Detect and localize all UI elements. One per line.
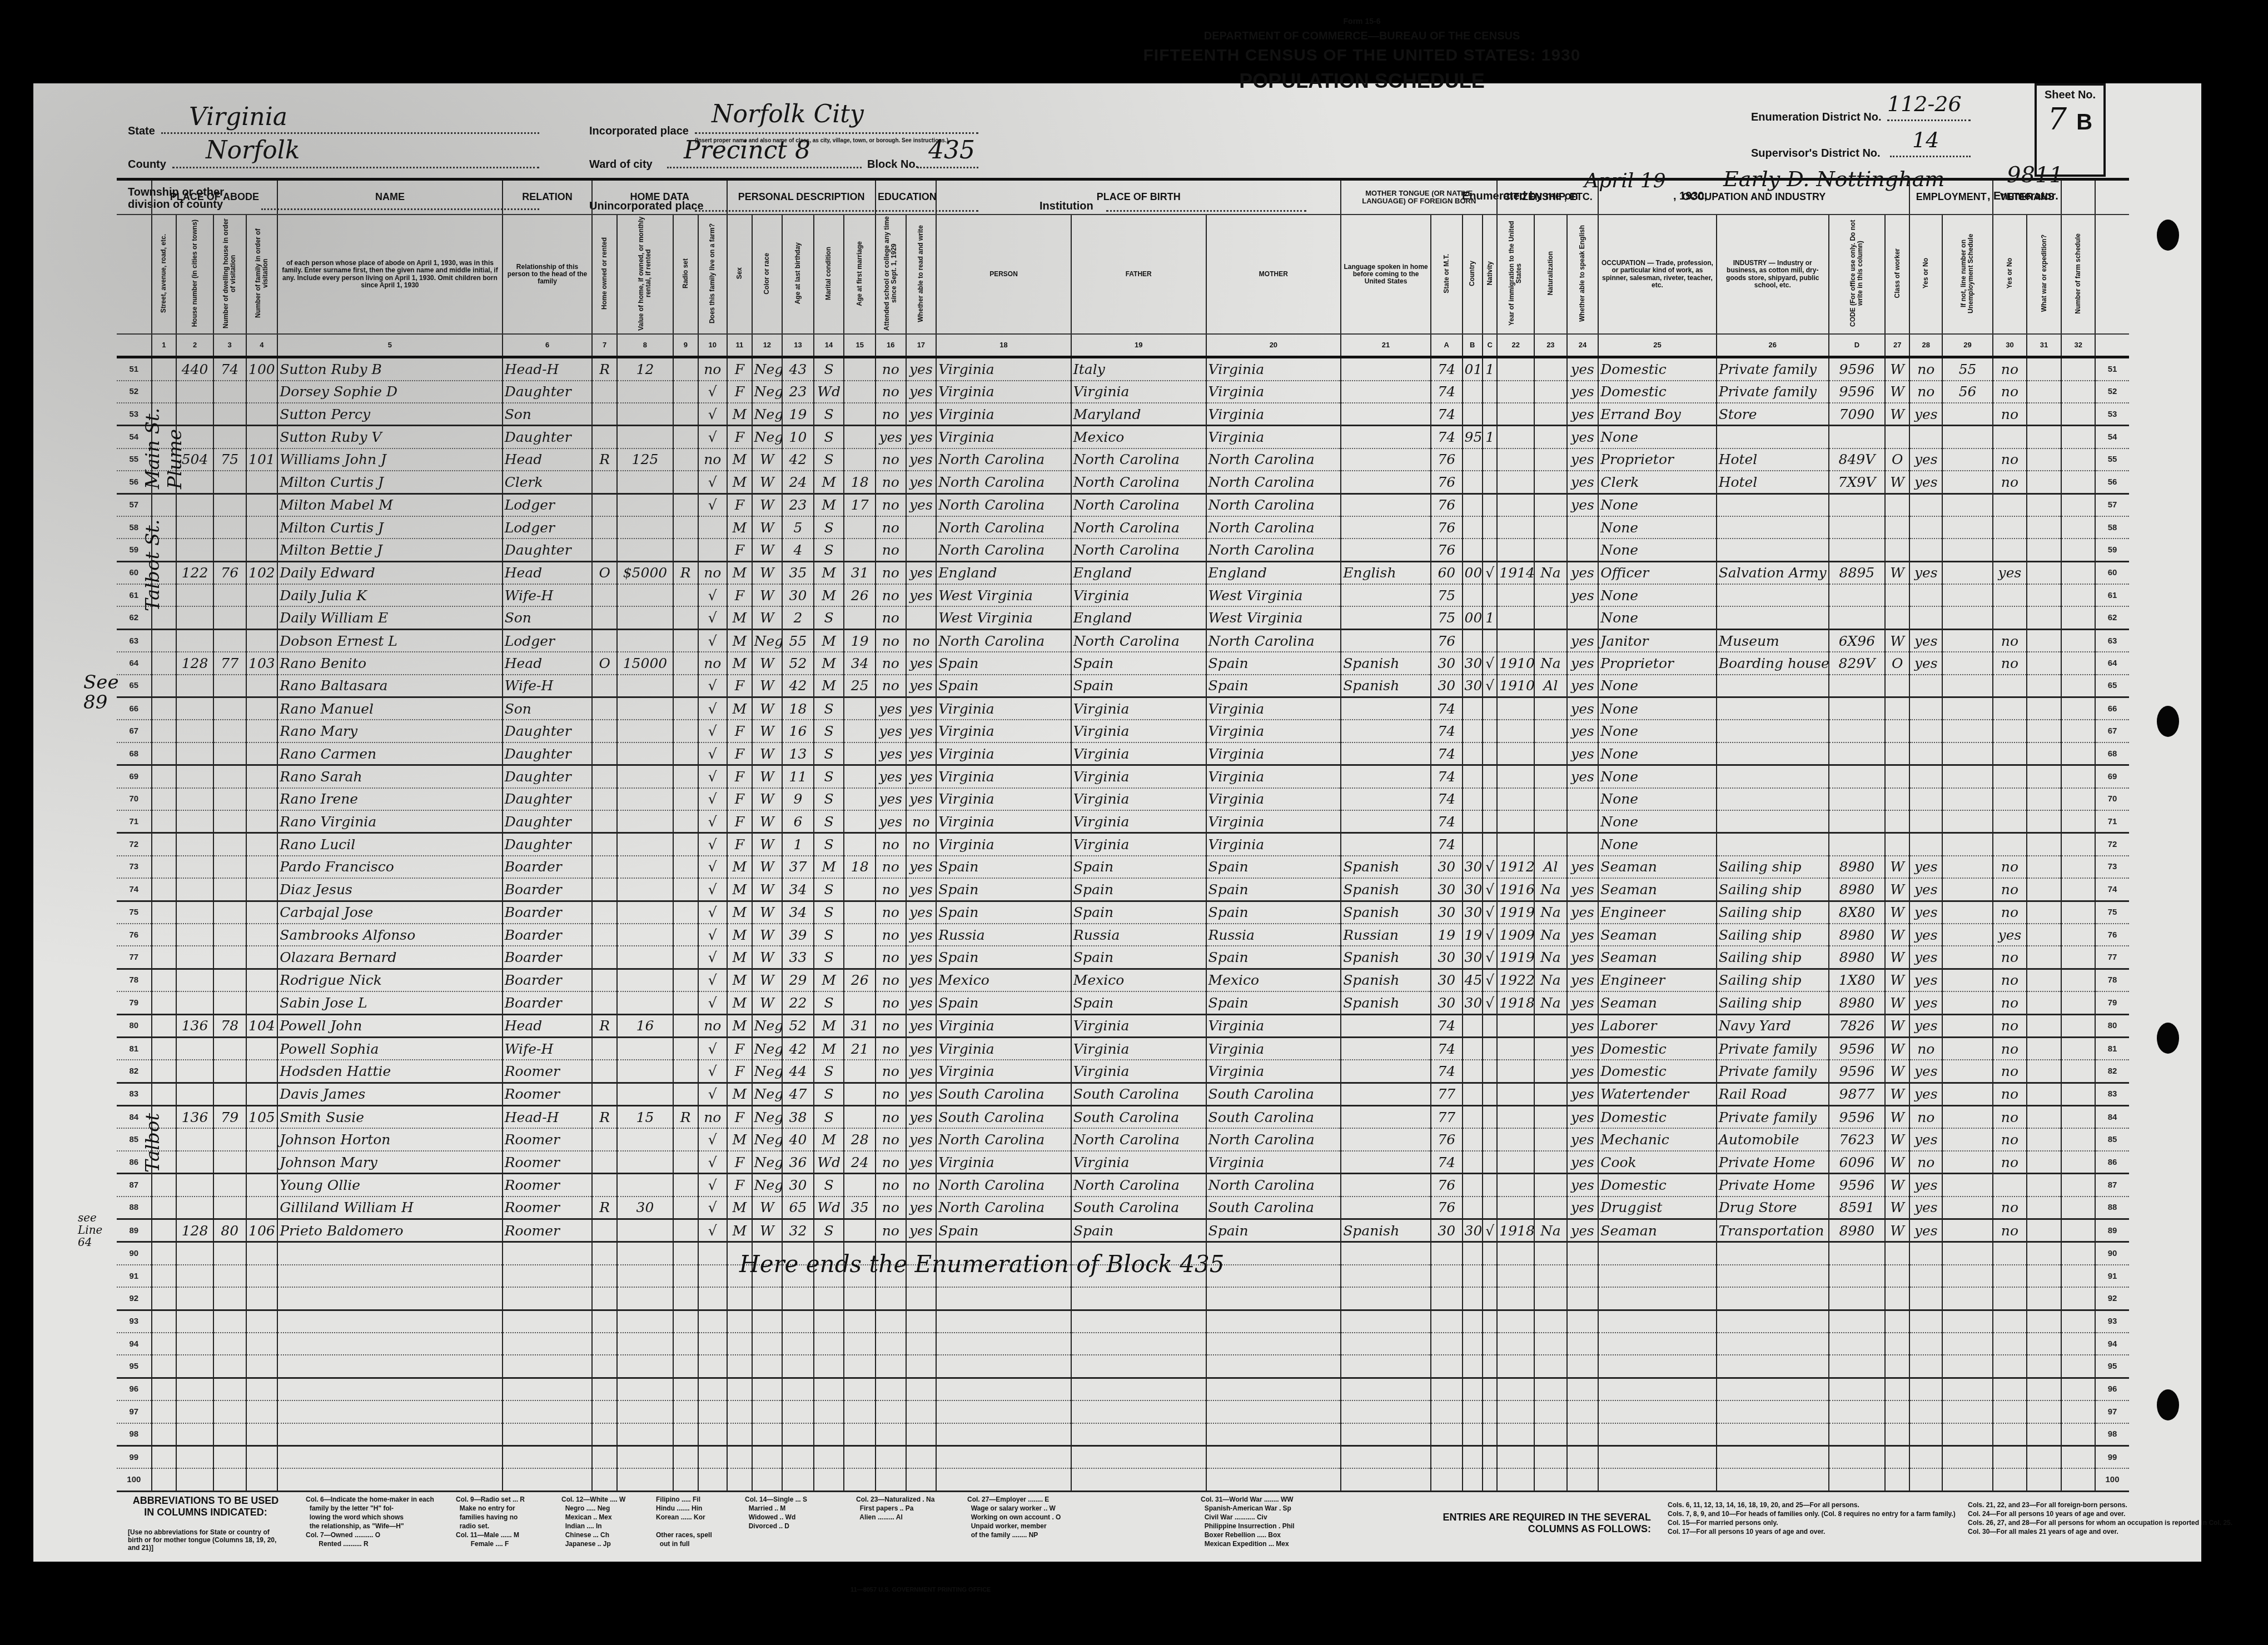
table-row: 77Olazara BernardBoarder√MW33SnoyesSpain…: [117, 946, 2129, 969]
table-row: 54Sutton Ruby VDaughter√FNeg10SyesyesVir…: [117, 426, 2129, 448]
cell-immig: [1497, 1197, 1534, 1219]
cell-dwelling: [213, 742, 246, 765]
column-header-25: OCCUPATION — Trade, profession, or parti…: [1598, 215, 1716, 334]
cell-farm: no: [698, 448, 728, 471]
cell-father: England: [1071, 606, 1206, 629]
line-number: 65: [117, 675, 152, 697]
group-personal: PERSONAL DESCRIPTION: [727, 180, 876, 215]
cell-age-marr: 34: [844, 652, 876, 674]
cell-mother: Mexico: [1206, 969, 1341, 991]
column-header-label: INDUSTRY — Industry or business, as cott…: [1726, 259, 1819, 289]
cell-dwelling: 78: [213, 1014, 246, 1037]
column-number: 28: [1909, 334, 1942, 357]
cell-farm: √: [698, 1197, 728, 1219]
cell-name: Williams John J: [277, 448, 502, 471]
cell-english: yes: [1567, 381, 1599, 403]
cell-farm: √: [698, 765, 728, 788]
column-number: 20: [1206, 334, 1341, 357]
cell-marital: S: [814, 742, 844, 765]
cell-vet: no: [1993, 1083, 2027, 1105]
cell-dwelling: [213, 471, 246, 493]
cell-birth: Spain: [936, 675, 1071, 697]
cell-age-marr: [844, 403, 876, 426]
cell-value: [617, 1083, 673, 1105]
cell-age: 55: [782, 629, 814, 652]
cell-immig: 1918: [1497, 991, 1534, 1014]
cell-vet: yes: [1993, 924, 2027, 946]
cell-work: [1909, 1423, 1942, 1446]
cell-lang: Russian: [1341, 924, 1431, 946]
cell-name: [277, 1445, 502, 1468]
table-row: 86Johnson MaryRoomer√FNeg36Wd24noyesVirg…: [117, 1151, 2129, 1174]
cell-street: [152, 1174, 176, 1197]
cell-birth: South Carolina: [936, 1106, 1071, 1129]
cell-work: [1909, 606, 1942, 629]
cell-farm-sched: [2061, 448, 2095, 471]
cell-lang: [1341, 381, 1431, 403]
cell-family: [246, 901, 278, 924]
cell-sex: M: [727, 403, 752, 426]
punch-hole: [2157, 1389, 2179, 1420]
column-number: 11: [727, 334, 752, 357]
line-number: 68: [117, 742, 152, 765]
cell-radio: [673, 969, 698, 991]
cell-class: [1885, 833, 1909, 856]
cell-vet: [1993, 742, 2027, 765]
cell-relation: Daughter: [503, 720, 593, 742]
cell-dwelling: [213, 629, 246, 652]
cell-industry: [1717, 697, 1829, 720]
cell-name: [277, 1423, 502, 1446]
cell-race: [752, 1310, 783, 1333]
cell-immig: [1497, 1106, 1534, 1129]
line-number: 95: [2095, 1355, 2129, 1378]
cell-farm: no: [698, 1014, 728, 1037]
cell-industry: [1717, 1242, 1829, 1265]
table-row: 9393: [117, 1310, 2129, 1333]
cell-marital: M: [814, 856, 844, 878]
cell-farm-sched: [2061, 471, 2095, 493]
line-number: 71: [2095, 810, 2129, 833]
cell-race: W: [752, 969, 783, 991]
cell-mother: Virginia: [1206, 697, 1341, 720]
cell-house: [176, 1060, 213, 1083]
cell-occupation: Engineer: [1598, 969, 1716, 991]
cell-farm-sched: [2061, 584, 2095, 606]
cell-family: [246, 1310, 278, 1333]
cell-relation: Roomer: [503, 1060, 593, 1083]
cell-unemp: [1942, 1400, 1993, 1423]
cell-read: [906, 1355, 937, 1378]
cell-vet: [1993, 539, 2027, 561]
cell-code: 8980: [1829, 878, 1885, 901]
line-number: 90: [2095, 1242, 2129, 1265]
cell-age-marr: [844, 381, 876, 403]
cell-work: [1909, 788, 1942, 810]
cell-mother: Virginia: [1206, 426, 1341, 448]
cell-farm-sched: [2061, 403, 2095, 426]
cell-unemp: [1942, 1037, 1993, 1060]
cell-natur: [1534, 1060, 1567, 1083]
cell-age-marr: [844, 1333, 876, 1355]
cell-age: 22: [782, 991, 814, 1014]
cell-code: 7X9V: [1829, 471, 1885, 493]
cell-natur: [1534, 1265, 1567, 1287]
cell-mother: Virginia: [1206, 788, 1341, 810]
cell-code: [1829, 697, 1885, 720]
cell-war: [2027, 652, 2062, 674]
cell-owned: [592, 1378, 616, 1400]
cell-farm: √: [698, 675, 728, 697]
cell-work: no: [1909, 381, 1942, 403]
cell-farm: [698, 1423, 728, 1446]
cell-natur: [1534, 1287, 1567, 1310]
cell-marital: M: [814, 471, 844, 493]
cell-age: 40: [782, 1128, 814, 1150]
cell-codeA: 74: [1431, 426, 1463, 448]
cell-sex: [727, 1400, 752, 1423]
cell-industry: [1717, 720, 1829, 742]
cell-school: yes: [876, 742, 906, 765]
cell-school: [876, 1310, 906, 1333]
cell-class: [1885, 1287, 1909, 1310]
cell-sex: M: [727, 1083, 752, 1105]
cell-lang: [1341, 1265, 1431, 1287]
cell-code: 9596: [1829, 357, 1885, 381]
column-header-label: Whether able to speak English: [1579, 225, 1586, 322]
abbr-col-9-11: Col. 9—Radio set ... R Make no entry for…: [456, 1495, 525, 1548]
line-number: 65: [2095, 675, 2129, 697]
cell-code: 9596: [1829, 1106, 1885, 1129]
cell-farm-sched: [2061, 697, 2095, 720]
cell-house: [176, 991, 213, 1014]
cell-english: yes: [1567, 1083, 1599, 1105]
cell-industry: Rail Road: [1717, 1083, 1829, 1105]
cell-english: yes: [1567, 584, 1599, 606]
cell-marital: S: [814, 833, 844, 856]
cell-codeC: √: [1483, 901, 1497, 924]
cell-war: [2027, 1014, 2062, 1037]
cell-lang: [1341, 1310, 1431, 1333]
table-row: 58Milton Curtis JLodgerMW5SnoNorth Carol…: [117, 516, 2129, 539]
cell-industry: [1717, 810, 1829, 833]
cell-sex: F: [727, 675, 752, 697]
incorporated-line: [695, 132, 978, 134]
cell-codeA: 74: [1431, 1151, 1463, 1174]
cell-relation: [503, 1265, 593, 1287]
cell-age: [782, 1333, 814, 1355]
cell-codeB: [1463, 1287, 1483, 1310]
cell-sex: M: [727, 606, 752, 629]
table-row: 9898: [117, 1423, 2129, 1446]
column-header-label: Relationship of this person to the head …: [508, 263, 587, 285]
cell-lang: Spanish: [1341, 878, 1431, 901]
table-row: 9696: [117, 1378, 2129, 1400]
cell-house: [176, 1310, 213, 1333]
cell-work: yes: [1909, 1174, 1942, 1197]
cell-marital: Wd: [814, 1151, 844, 1174]
cell-natur: [1534, 1310, 1567, 1333]
cell-lang: [1341, 1014, 1431, 1037]
cell-value: [617, 1060, 673, 1083]
cell-name: Daily Julia K: [277, 584, 502, 606]
cell-codeA: 30: [1431, 1219, 1463, 1242]
cell-natur: [1534, 403, 1567, 426]
cell-occupation: [1598, 1445, 1716, 1468]
line-number: 97: [117, 1400, 152, 1423]
cell-codeC: [1483, 1197, 1497, 1219]
cell-age: 11: [782, 765, 814, 788]
cell-age: 9: [782, 788, 814, 810]
cell-radio: [673, 856, 698, 878]
cell-birth: Spain: [936, 856, 1071, 878]
cell-occupation: [1598, 1468, 1716, 1491]
cell-natur: [1534, 1197, 1567, 1219]
cell-radio: [673, 697, 698, 720]
cell-mother: Virginia: [1206, 1037, 1341, 1060]
cell-relation: Daughter: [503, 742, 593, 765]
cell-codeC: [1483, 629, 1497, 652]
cell-dwelling: [213, 606, 246, 629]
cell-name: Rano Lucil: [277, 833, 502, 856]
cell-code: 8980: [1829, 924, 1885, 946]
column-header-label: of each person whose place of abode on A…: [282, 259, 498, 289]
cell-race: W: [752, 810, 783, 833]
column-header-label: Number of farm schedule: [2075, 233, 2082, 314]
cell-house: [176, 1468, 213, 1491]
cell-class: O: [1885, 652, 1909, 674]
cell-vet: [1993, 1265, 2027, 1287]
line-number: 100: [2095, 1468, 2129, 1491]
cell-mother: North Carolina: [1206, 629, 1341, 652]
line-number: 82: [2095, 1060, 2129, 1083]
cell-farm-sched: [2061, 381, 2095, 403]
line-number: 97: [2095, 1400, 2129, 1423]
cell-english: yes: [1567, 697, 1599, 720]
required-entries-1: Cols. 6, 11, 12, 13, 14, 16, 18, 19, 20,…: [1668, 1501, 1957, 1536]
cell-code: [1829, 1423, 1885, 1446]
cell-value: [617, 1333, 673, 1355]
cell-farm: √: [698, 629, 728, 652]
cell-age-marr: [844, 1106, 876, 1129]
cell-birth: Virginia: [936, 1037, 1071, 1060]
cell-lang: [1341, 1242, 1431, 1265]
cell-codeB: [1463, 448, 1483, 471]
cell-farm-sched: [2061, 924, 2095, 946]
cell-radio: [673, 946, 698, 969]
cell-work: [1909, 1242, 1942, 1265]
column-header-10: Does this family live on a farm?: [698, 215, 728, 334]
cell-name: [277, 1378, 502, 1400]
cell-codeA: [1431, 1378, 1463, 1400]
cell-farm: √: [698, 1083, 728, 1105]
cell-mother: North Carolina: [1206, 448, 1341, 471]
cell-birth: Spain: [936, 991, 1071, 1014]
cell-natur: [1534, 1333, 1567, 1355]
cell-codeB: [1463, 1423, 1483, 1446]
cell-farm: √: [698, 1060, 728, 1083]
cell-race: W: [752, 720, 783, 742]
cell-owned: [592, 1468, 616, 1491]
cell-codeC: √: [1483, 991, 1497, 1014]
cell-mother: North Carolina: [1206, 1174, 1341, 1197]
column-number: 15: [844, 334, 876, 357]
cell-age: 44: [782, 1060, 814, 1083]
cell-class: [1885, 697, 1909, 720]
cell-birth: North Carolina: [936, 1174, 1071, 1197]
cell-occupation: [1598, 1333, 1716, 1355]
cell-lang: [1341, 1423, 1431, 1446]
cell-relation: Roomer: [503, 1083, 593, 1105]
cell-farm-sched: [2061, 991, 2095, 1014]
cell-value: [617, 901, 673, 924]
cell-school: no: [876, 561, 906, 584]
cell-codeA: [1431, 1333, 1463, 1355]
cell-age-marr: [844, 946, 876, 969]
cell-sex: M: [727, 924, 752, 946]
column-header-32: Number of farm schedule: [2061, 215, 2095, 334]
cell-class: W: [1885, 901, 1909, 924]
cell-vet: no: [1993, 629, 2027, 652]
cell-birth: Mexico: [936, 969, 1071, 991]
cell-name: Rano Irene: [277, 788, 502, 810]
cell-codeB: [1463, 493, 1483, 516]
cell-relation: Boarder: [503, 856, 593, 878]
cell-vet: no: [1993, 1128, 2027, 1150]
column-header-label: Age at first marriage: [856, 241, 863, 306]
cell-relation: Wife-H: [503, 675, 593, 697]
cell-relation: [503, 1355, 593, 1378]
cell-mother: Virginia: [1206, 765, 1341, 788]
cell-family: [246, 1445, 278, 1468]
column-header-4: Number of family in order of visitation: [246, 215, 278, 334]
cell-codeC: [1483, 742, 1497, 765]
cell-sex: M: [727, 1128, 752, 1150]
cell-industry: [1717, 493, 1829, 516]
table-row: 8413679105Smith SusieHead-HR15RnoFNeg38S…: [117, 1106, 2129, 1129]
cell-radio: [673, 878, 698, 901]
cell-unemp: 55: [1942, 357, 1993, 381]
cell-name: Rano Carmen: [277, 742, 502, 765]
cell-code: 8980: [1829, 1219, 1885, 1242]
cell-family: [246, 1197, 278, 1219]
cell-codeC: √: [1483, 946, 1497, 969]
cell-father: South Carolina: [1071, 1083, 1206, 1105]
cell-race: W: [752, 765, 783, 788]
cell-immig: [1497, 765, 1534, 788]
cell-code: 1X80: [1829, 969, 1885, 991]
cell-father: North Carolina: [1071, 471, 1206, 493]
cell-farm: [698, 1310, 728, 1333]
cell-vet: no: [1993, 471, 2027, 493]
cell-house: [176, 788, 213, 810]
line-number: 53: [2095, 403, 2129, 426]
cell-school: [876, 1355, 906, 1378]
cell-family: 103: [246, 652, 278, 674]
cell-marital: M: [814, 493, 844, 516]
cell-industry: [1717, 788, 1829, 810]
cell-lang: [1341, 1400, 1431, 1423]
cell-marital: M: [814, 652, 844, 674]
cell-dwelling: [213, 1151, 246, 1174]
cell-unemp: [1942, 720, 1993, 742]
column-header-edge-0: [117, 215, 152, 334]
cell-mother: Virginia: [1206, 403, 1341, 426]
table-row: 59Milton Bettie JDaughterFW4SnoNorth Car…: [117, 539, 2129, 561]
cell-age: 52: [782, 1014, 814, 1037]
cell-war: [2027, 1060, 2062, 1083]
cell-industry: Drug Store: [1717, 1197, 1829, 1219]
column-header-30: Yes or No: [1993, 215, 2027, 334]
cell-occupation: None: [1598, 493, 1716, 516]
cell-school: no: [876, 471, 906, 493]
cell-occupation: None: [1598, 697, 1716, 720]
cell-family: [246, 810, 278, 833]
cell-farm-sched: [2061, 1197, 2095, 1219]
line-number: 61: [2095, 584, 2129, 606]
cell-family: [246, 742, 278, 765]
cell-class: W: [1885, 471, 1909, 493]
cell-school: no: [876, 991, 906, 1014]
table-row: 8912880106Prieto BaldomeroRoomer√MW32Sno…: [117, 1219, 2129, 1242]
cell-codeB: 30: [1463, 1219, 1483, 1242]
cell-farm: √: [698, 810, 728, 833]
cell-class: W: [1885, 1151, 1909, 1174]
cell-lang: [1341, 1151, 1431, 1174]
line-number: 79: [2095, 991, 2129, 1014]
cell-farm-sched: [2061, 765, 2095, 788]
column-header-5: of each person whose place of abode on A…: [277, 215, 502, 334]
street-name-talbot-2: Talbot: [142, 1084, 164, 1173]
cell-class: W: [1885, 1037, 1909, 1060]
cell-war: [2027, 742, 2062, 765]
cell-mother: [1206, 1468, 1341, 1491]
cell-value: [617, 878, 673, 901]
cell-age-marr: [844, 1287, 876, 1310]
cell-read: yes: [906, 1128, 937, 1150]
cell-code: [1829, 1265, 1885, 1287]
cell-natur: Na: [1534, 969, 1567, 991]
cell-natur: [1534, 1174, 1567, 1197]
cell-work: yes: [1909, 1060, 1942, 1083]
cell-work: yes: [1909, 1128, 1942, 1150]
enum-district-label: Enumeration District No.: [1751, 111, 1881, 124]
cell-code: 849V: [1829, 448, 1885, 471]
cell-code: [1829, 426, 1885, 448]
cell-codeB: [1463, 1128, 1483, 1150]
cell-work: yes: [1909, 629, 1942, 652]
cell-house: [176, 493, 213, 516]
cell-vet: [1993, 606, 2027, 629]
cell-read: yes: [906, 403, 937, 426]
cell-english: yes: [1567, 1219, 1599, 1242]
cell-immig: [1497, 1355, 1534, 1378]
cell-farm: √: [698, 1219, 728, 1242]
cell-mother: [1206, 1265, 1341, 1287]
column-header-31: What war or expedition?: [2027, 215, 2062, 334]
cell-immig: [1497, 810, 1534, 833]
cell-vet: [1993, 1400, 2027, 1423]
column-header-26: INDUSTRY — Industry or business, as cott…: [1717, 215, 1829, 334]
table-row: 65Rano BaltasaraWife-H√FW42M25noyesSpain…: [117, 675, 2129, 697]
cell-class: W: [1885, 357, 1909, 381]
table-row: 61Daily Julia KWife-H√FW30M26noyesWest V…: [117, 584, 2129, 606]
cell-dwelling: [213, 584, 246, 606]
cell-farm: [698, 516, 728, 539]
cell-codeA: [1431, 1265, 1463, 1287]
cell-codeB: [1463, 1265, 1483, 1287]
abbr-col-12: Col. 12—White .... W Negro ..... Neg Mex…: [561, 1495, 625, 1548]
